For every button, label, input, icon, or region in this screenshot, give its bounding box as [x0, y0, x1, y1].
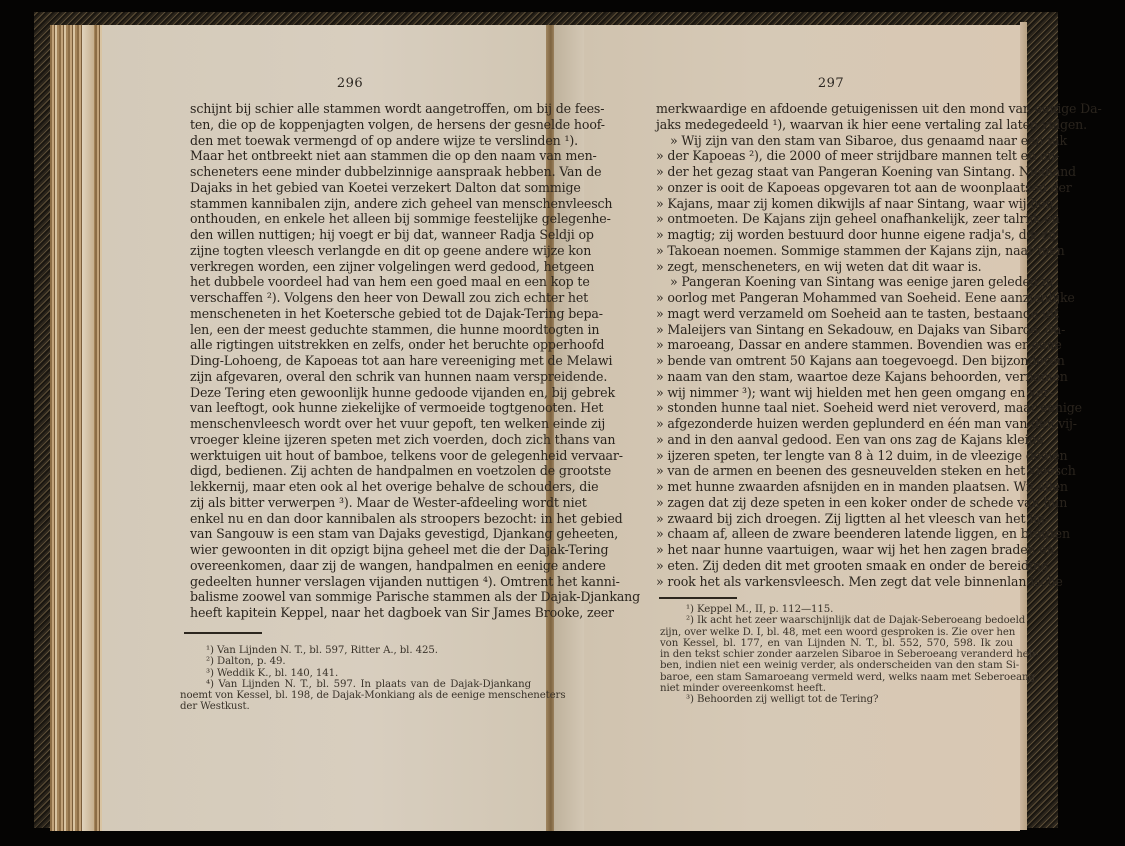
page-edges-left-highlight [82, 25, 94, 831]
right-page-body: merkwaardige en afdoende getuigenissen u… [656, 101, 1010, 589]
footnote-line: noemt von Kessel, bl. 198, de Dajak-Monk… [180, 690, 531, 701]
text-line: het dubbele voordeel had van hem een goe… [190, 274, 547, 290]
text-line: » onzer is ooit de Kapoeas opgevaren tot… [656, 180, 1010, 196]
footnote-line: in den tekst schier zonder aarzelen Siba… [660, 649, 1013, 660]
text-line: werktuigen uit hout of bamboe, telkens v… [190, 448, 547, 464]
footnote-line: baroe, een stam Samaroeang vermeld werd,… [660, 672, 1013, 683]
right-page-footnotes: ¹) Keppel M., II, p. 112—115.²) Ik acht … [660, 604, 1013, 706]
text-line: » met hunne zwaarden afsnijden en in man… [656, 479, 1010, 495]
footnote-line: ²) Dalton, p. 49. [180, 656, 531, 667]
footnote-line: niet minder overeenkomst heeft. [660, 683, 1013, 694]
footnote-line: ⁴) Van Lijnden N. T., bl. 597. In plaats… [180, 679, 531, 690]
text-line: lekkernij, maar eten ook al het overige … [190, 479, 547, 495]
text-line: » zagen dat zij deze speten in een koker… [656, 495, 1010, 511]
text-line: zijne togten vleesch verlangde en dit op… [190, 243, 547, 259]
text-line: » Maleijers van Sintang en Sekadouw, en … [656, 322, 1010, 338]
text-line: » chaam af, alleen de zware beenderen la… [656, 526, 1010, 542]
text-line: » rook het als varkensvleesch. Men zegt … [656, 574, 1010, 590]
left-page-body: schijnt bij schier alle stammen wordt aa… [190, 101, 547, 621]
text-line: van Sangouw is een stam van Dajaks geves… [190, 526, 547, 542]
text-line: » Takoean noemen. Sommige stammen der Ka… [656, 243, 1010, 259]
footnote-rule-left [184, 632, 262, 634]
text-line: menscheneten in het Koetersche gebied to… [190, 306, 547, 322]
text-line: balisme zoowel van sommige Parische stam… [190, 589, 547, 605]
text-line: » stonden hunne taal niet. Soeheid werd … [656, 400, 1010, 416]
text-line: heeft kapitein Keppel, naar het dagboek … [190, 605, 547, 621]
text-line: scheneters eene minder dubbelzinnige aan… [190, 164, 547, 180]
text-line: » zegt, menscheneters, en wij weten dat … [656, 259, 1010, 275]
footnote-line: ²) Ik acht het zeer waarschijnlijk dat d… [660, 615, 1013, 626]
footnote-line: der Westkust. [180, 701, 531, 712]
page-number-right: 297 [801, 76, 861, 91]
text-line: merkwaardige en afdoende getuigenissen u… [656, 101, 1010, 117]
text-line: » Pangeran Koening van Sintang was eenig… [656, 274, 1010, 290]
text-line: » magtig; zij worden bestuurd door hunne… [656, 227, 1010, 243]
text-line: den willen nuttigen; hij voegt er bij da… [190, 227, 547, 243]
text-line: overeenkomen, daar zij de wangen, handpa… [190, 558, 547, 574]
text-line: Dajaks in het gebied van Koetei verzeker… [190, 180, 547, 196]
text-line: » Kajans, maar zij komen dikwijls af naa… [656, 196, 1010, 212]
text-line: » zwaard bij zich droegen. Zij ligtten a… [656, 511, 1010, 527]
text-line: jaks medegedeeld ¹), waarvan ik hier een… [656, 117, 1010, 133]
text-line: » ijzeren speten, ter lengte van 8 à 12 … [656, 448, 1010, 464]
text-line: den met toewak vermengd of op andere wij… [190, 133, 547, 149]
footnote-rule-right [659, 597, 737, 599]
text-line: len, een der meest geduchte stammen, die… [190, 322, 547, 338]
text-line: » maroeang, Dassar en andere stammen. Bo… [656, 337, 1010, 353]
text-line: » bende van omtrent 50 Kajans aan toegev… [656, 353, 1010, 369]
text-line: » ontmoeten. De Kajans zijn geheel onafh… [656, 211, 1010, 227]
text-line: » van de armen en beenen des gesneuvelde… [656, 463, 1010, 479]
text-line: » eten. Zij deden dit met grooten smaak … [656, 558, 1010, 574]
text-line: » het naar hunne vaartuigen, waar wij he… [656, 542, 1010, 558]
text-line: » der Kapoeas ²), die 2000 of meer strij… [656, 148, 1010, 164]
footnote-line: ben, indien niet een weinig verder, als … [660, 660, 1013, 671]
page-edges-left [50, 25, 102, 831]
footnote-line: ¹) Van Lijnden N. T., bl. 597, Ritter A.… [180, 645, 531, 656]
page-number-left: 296 [320, 76, 380, 91]
text-line: ten, die op de koppenjagten volgen, de h… [190, 117, 547, 133]
text-line: van leeftogt, ook hunne ziekelijke of ve… [190, 400, 547, 416]
text-line: » afgezonderde huizen werden geplunderd … [656, 416, 1010, 432]
footnote-line: ¹) Keppel M., II, p. 112—115. [660, 604, 1013, 615]
text-line: onthouden, en enkele het alleen bij somm… [190, 211, 547, 227]
text-line: » and in den aanval gedood. Een van ons … [656, 432, 1010, 448]
text-line: wier gewoonten in dit opzigt bijna gehee… [190, 542, 547, 558]
text-line: gedeelten hunner verslagen vijanden nutt… [190, 574, 547, 590]
text-line: Maar het ontbreekt niet aan stammen die … [190, 148, 547, 164]
text-line: digd, bedienen. Zij achten de handpalmen… [190, 463, 547, 479]
text-line: verschaffen ²). Volgens den heer von Dew… [190, 290, 547, 306]
text-line: » magt werd verzameld om Soeheid aan te … [656, 306, 1010, 322]
text-line: » oorlog met Pangeran Mohammed van Soehe… [656, 290, 1010, 306]
footnote-line: zijn, over welke D. I, bl. 48, met een w… [660, 627, 1013, 638]
footnote-line: ³) Behoorden zij welligt tot de Tering? [660, 694, 1013, 705]
text-line: schijnt bij schier alle stammen wordt aa… [190, 101, 547, 117]
text-line: enkel nu en dan door kannibalen als stro… [190, 511, 547, 527]
footnote-line: ³) Weddik K., bl. 140, 141. [180, 668, 531, 679]
text-line: » der het gezag staat van Pangeran Koeni… [656, 164, 1010, 180]
text-line: alle rigtingen uitstrekken en zelfs, ond… [190, 337, 547, 353]
text-line: menschenvleesch wordt over het vuur gepo… [190, 416, 547, 432]
text-line: Ding-Lohoeng, de Kapoeas tot aan hare ve… [190, 353, 547, 369]
text-line: verkregen worden, een zijner volgelingen… [190, 259, 547, 275]
text-line: » Wij zijn van den stam van Sibaroe, dus… [656, 133, 1010, 149]
text-line: » wij nimmer ³); want wij hielden met he… [656, 385, 1010, 401]
text-line: zij als bitter verwerpen ³). Maar de Wes… [190, 495, 547, 511]
text-line: zijn afgevaren, overal den schrik van hu… [190, 369, 547, 385]
left-page-footnotes: ¹) Van Lijnden N. T., bl. 597, Ritter A.… [180, 645, 531, 713]
text-line: vroeger kleine ijzeren speten met zich v… [190, 432, 547, 448]
text-line: » naam van den stam, waartoe deze Kajans… [656, 369, 1010, 385]
text-line: stammen kannibalen zijn, andere zich geh… [190, 196, 547, 212]
footnote-line: von Kessel, bl. 177, en van Lijnden N. T… [660, 638, 1013, 649]
text-line: Deze Tering eten gewoonlijk hunne gedood… [190, 385, 547, 401]
